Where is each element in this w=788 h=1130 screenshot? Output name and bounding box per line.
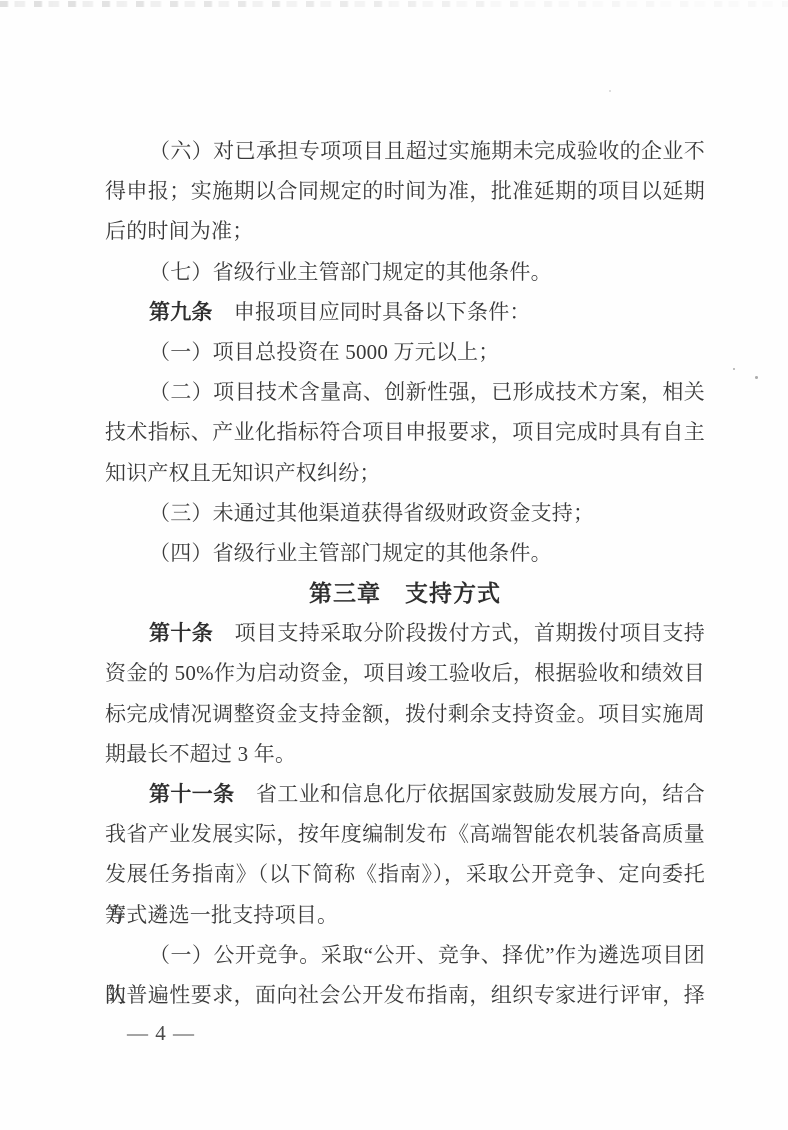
doc-line: 资金的 50%作为启动资金，项目竣工验收后，根据验收和绩效目 bbox=[105, 653, 705, 693]
document-body: （六）对已承担专项项目且超过实施期未完成验收的企业不得申报；实施期以合同规定的时… bbox=[105, 131, 705, 1015]
doc-line: （一）项目总投资在 5000 万元以上； bbox=[105, 332, 705, 372]
article-number: 第十一条 bbox=[149, 783, 235, 806]
text-run: （四）省级行业主管部门规定的其他条件。 bbox=[149, 541, 552, 565]
doc-line: （一）公开竞争。采取“公开、竞争、择优”作为遴选项目团队 bbox=[105, 935, 705, 975]
doc-line: 后的时间为准； bbox=[105, 211, 705, 251]
text-run: 期最长不超过 3 年。 bbox=[105, 742, 296, 766]
doc-line: 第十条 项目支持采取分阶段拨付方式，首期拨付项目支持 bbox=[105, 613, 705, 653]
doc-line: 我省产业发展实际，按年度编制发布《高端智能农机装备高质量 bbox=[105, 814, 705, 854]
text-run: （二）项目技术含量高、创新性强，已形成技术方案，相关 bbox=[149, 380, 705, 404]
text-run: 的普遍性要求，面向社会公开发布指南，组织专家进行评审，择 bbox=[105, 983, 705, 1007]
article-number: 第三章 支持方式 bbox=[309, 580, 501, 606]
scan-speck bbox=[609, 90, 611, 92]
text-run: 资金的 50%作为启动资金，项目竣工验收后，根据验收和绩效目 bbox=[105, 661, 705, 685]
doc-line: 得申报；实施期以合同规定的时间为准，批准延期的项目以延期 bbox=[105, 171, 705, 211]
doc-line: 发展任务指南》（以下简称《指南》），采取公开竞争、定向委托等 bbox=[105, 854, 705, 894]
doc-line: 技术指标、产业化指标符合项目申报要求，项目完成时具有自主 bbox=[105, 412, 705, 452]
text-run: 申报项目应同时具备以下条件： bbox=[213, 300, 531, 324]
doc-line: 的普遍性要求，面向社会公开发布指南，组织专家进行评审，择 bbox=[105, 975, 705, 1015]
doc-line: 方式遴选一批支持项目。 bbox=[105, 895, 705, 935]
doc-line: （七）省级行业主管部门规定的其他条件。 bbox=[105, 252, 705, 292]
chapter-heading: 第三章 支持方式 bbox=[105, 573, 705, 613]
doc-line: （三）未通过其他渠道获得省级财政资金支持； bbox=[105, 493, 705, 533]
text-run: 后的时间为准； bbox=[105, 219, 253, 243]
text-run: 省工业和信息化厅依据国家鼓励发展方向，结合 bbox=[235, 782, 705, 806]
scan-speck bbox=[755, 376, 758, 379]
article-number: 第九条 bbox=[149, 301, 213, 324]
text-run: 得申报；实施期以合同规定的时间为准，批准延期的项目以延期 bbox=[105, 179, 705, 203]
doc-line: 期最长不超过 3 年。 bbox=[105, 734, 705, 774]
text-run: （六）对已承担专项项目且超过实施期未完成验收的企业不 bbox=[149, 139, 705, 163]
doc-line: （四）省级行业主管部门规定的其他条件。 bbox=[105, 533, 705, 573]
doc-line: 标完成情况调整资金支持金额，拨付剩余支持资金。项目实施周 bbox=[105, 694, 705, 734]
text-run: （七）省级行业主管部门规定的其他条件。 bbox=[149, 260, 552, 284]
text-run: （三）未通过其他渠道获得省级财政资金支持； bbox=[149, 501, 594, 525]
scan-speck bbox=[733, 368, 735, 370]
page-number: — 4 — bbox=[127, 1021, 195, 1046]
text-run: 我省产业发展实际，按年度编制发布《高端智能农机装备高质量 bbox=[105, 822, 705, 846]
text-run: 知识产权且无知识产权纠纷； bbox=[105, 461, 381, 485]
text-run: 标完成情况调整资金支持金额，拨付剩余支持资金。项目实施周 bbox=[105, 702, 705, 726]
doc-line: 知识产权且无知识产权纠纷； bbox=[105, 453, 705, 493]
text-run: 技术指标、产业化指标符合项目申报要求，项目完成时具有自主 bbox=[105, 420, 705, 444]
scanner-artifact-band bbox=[0, 1, 788, 7]
text-run: 项目支持采取分阶段拨付方式，首期拨付项目支持 bbox=[213, 621, 705, 645]
text-run: （一）项目总投资在 5000 万元以上； bbox=[149, 340, 500, 364]
doc-line: 第九条 申报项目应同时具备以下条件： bbox=[105, 292, 705, 332]
doc-line: 第十一条 省工业和信息化厅依据国家鼓励发展方向，结合 bbox=[105, 774, 705, 814]
doc-line: （二）项目技术含量高、创新性强，已形成技术方案，相关 bbox=[105, 372, 705, 412]
article-number: 第十条 bbox=[149, 622, 213, 645]
doc-line: （六）对已承担专项项目且超过实施期未完成验收的企业不 bbox=[105, 131, 705, 171]
text-run: 方式遴选一批支持项目。 bbox=[105, 903, 338, 927]
document-page: （六）对已承担专项项目且超过实施期未完成验收的企业不得申报；实施期以合同规定的时… bbox=[0, 0, 788, 1130]
